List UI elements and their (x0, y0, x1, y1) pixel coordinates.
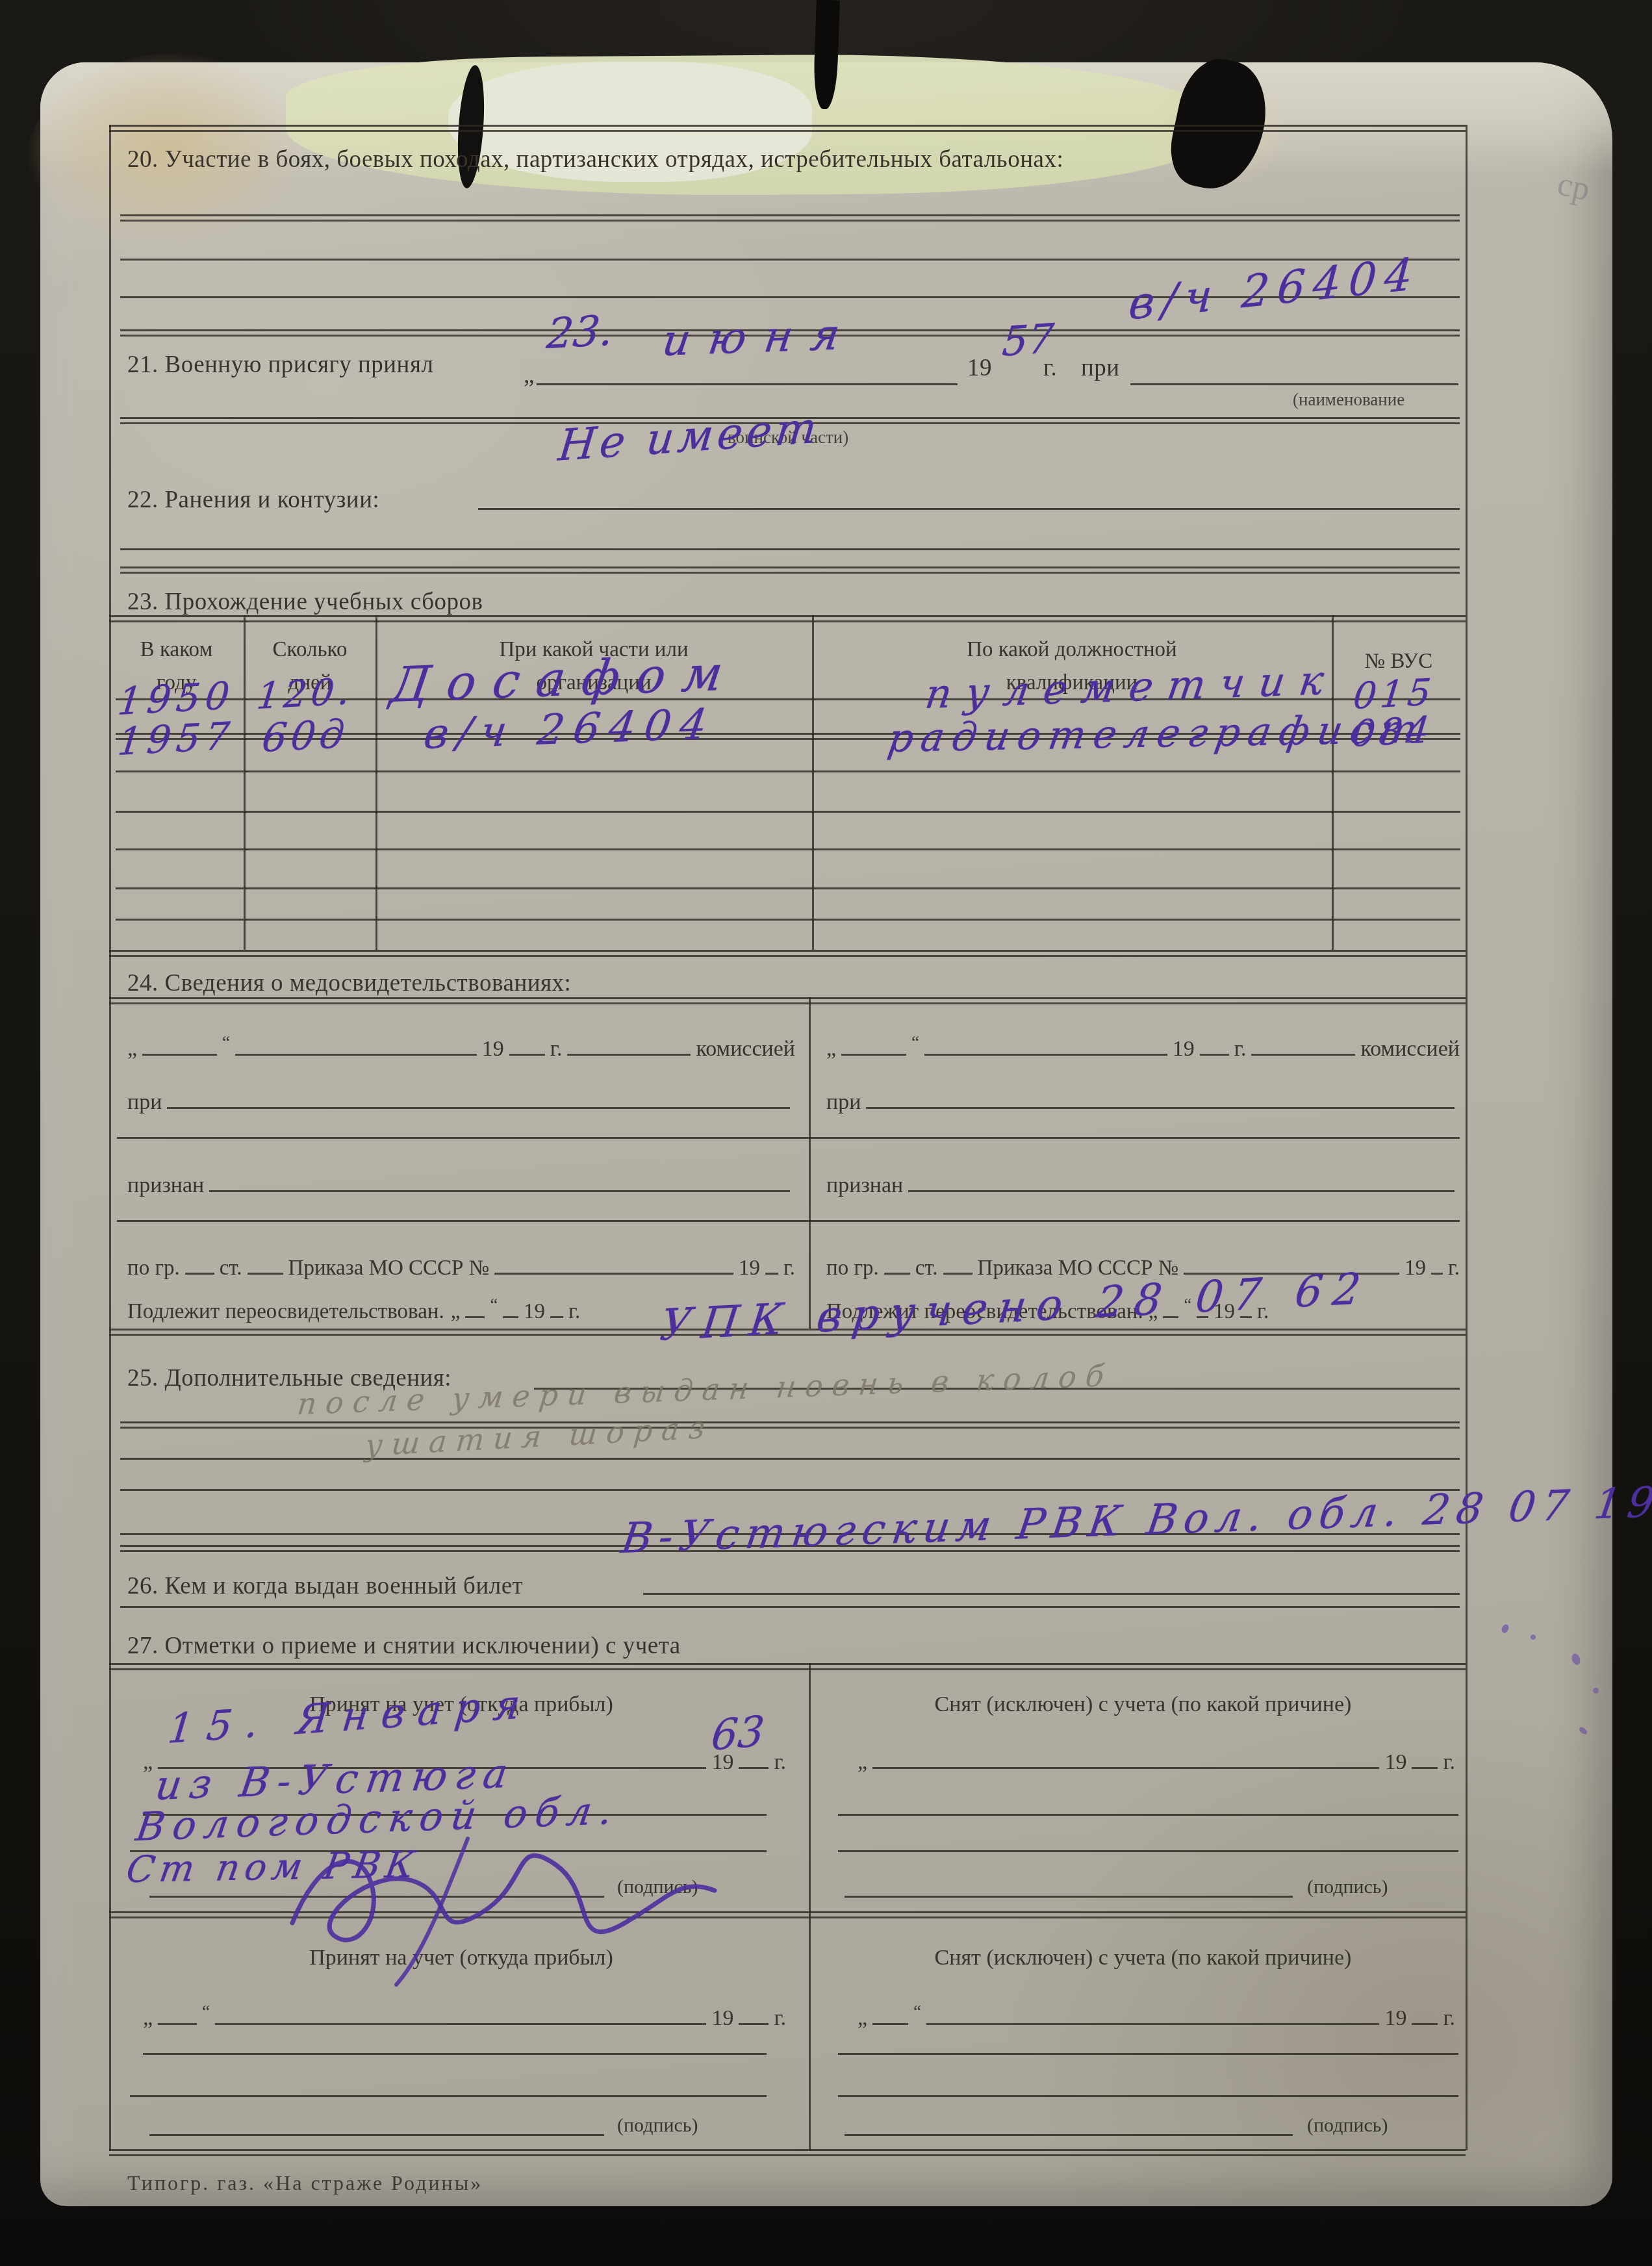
podpis-label: (подпись) (617, 2115, 698, 2137)
blank-line (120, 214, 1460, 216)
section21-label: 21. Военную присягу принял (127, 351, 433, 379)
pogr-label: по гр. (826, 1256, 879, 1280)
blank-line (120, 548, 1460, 550)
section20-label: 20. Участие в боях, боевых походах, парт… (127, 146, 1063, 173)
fill-line (1412, 2002, 1438, 2025)
fill-line (1412, 1746, 1438, 1769)
table-row-line (116, 770, 1460, 772)
fill-line (509, 1033, 545, 1056)
hw-accept-year: 63 (709, 1707, 767, 1761)
priznan-label: признан (826, 1173, 903, 1198)
blank-line (143, 2053, 767, 2055)
med-date-row-right: „“19г.комиссией (826, 1033, 1460, 1062)
table-bottom-rule (109, 950, 1466, 952)
fill-line (503, 1296, 518, 1318)
fill-line (841, 1033, 906, 1056)
med-priznan-row-right: признан (826, 1169, 1460, 1198)
hw-oath-month: июня (659, 309, 861, 366)
scanned-photo: ср 20. Участие в боях, боевых походах, п… (0, 0, 1652, 2266)
remove-header-1: Снят (исключен) с учета (по какой причин… (826, 1692, 1460, 1717)
blank-line (838, 1850, 1458, 1852)
remove-header-2: Снят (исключен) с учета (по какой причин… (826, 1946, 1460, 1970)
blank-line (838, 2053, 1458, 2055)
year-suffix: г. (1443, 2006, 1455, 2031)
med-prikaz-row-left: по гр.ст.Приказа МО СССР №19г. (127, 1253, 795, 1280)
pri-label: при (127, 1090, 162, 1115)
fill-line (866, 1086, 1455, 1109)
year-suffix: г. (1443, 1750, 1455, 1775)
komissiey-label: комиссией (696, 1037, 795, 1062)
section24-top-rule (109, 997, 1466, 999)
section27-top-rule (109, 1663, 1466, 1665)
quote-close: “ (222, 1032, 230, 1052)
hw-cell-days: 120. (255, 670, 355, 718)
frame-left-rule (109, 125, 111, 2150)
frame-bottom-rule (109, 2149, 1466, 2151)
rule (120, 1606, 1460, 1608)
fill-line (943, 1253, 972, 1275)
podpis-line (845, 1896, 1293, 1898)
fill-line (550, 1296, 563, 1318)
fill-line (537, 383, 958, 385)
fill-line (643, 1593, 1460, 1595)
blank-line (120, 1489, 1460, 1491)
fill-line (884, 1253, 910, 1275)
year-suffix: г. (550, 1037, 563, 1062)
fill-line (478, 508, 1460, 510)
fill-line (1431, 1253, 1443, 1275)
med-pri-row-right: при (826, 1086, 1460, 1115)
hw-cell-days: 60д (260, 711, 351, 761)
section27-center-divider (809, 1663, 811, 2150)
section24-center-divider (809, 997, 811, 1329)
quote-open: „ (858, 1750, 867, 1775)
frame-right-rule (1466, 125, 1468, 2150)
blank-line (120, 1421, 1460, 1423)
year-prefix: 19 (1404, 1256, 1426, 1280)
podpis-line (845, 2134, 1293, 2136)
year-prefix: 19 (967, 354, 992, 382)
fill-line (235, 1033, 477, 1056)
pogr-label: по гр. (127, 1256, 180, 1280)
table-row-line (116, 848, 1460, 850)
st-label: ст. (220, 1256, 242, 1280)
th-year-line1: В каком (110, 633, 242, 667)
year-suffix: г. (783, 1256, 795, 1280)
quote-close: “ (202, 2002, 210, 2022)
rule (117, 1220, 1460, 1222)
hw-cell-vus: 084 (1350, 709, 1436, 756)
quote-close: “ (913, 2002, 921, 2022)
th-vus: № ВУС (1333, 650, 1464, 674)
table-top-rule (109, 615, 1466, 617)
fill-line (248, 1253, 283, 1275)
table-row-line (116, 811, 1460, 813)
year-prefix: 19 (482, 1037, 504, 1062)
section22-label: 22. Ранения и контузии: (127, 486, 379, 514)
quote-close: “ (490, 1295, 498, 1315)
podpis-label: (подпись) (1307, 2115, 1388, 2137)
open-quote: „ (524, 361, 535, 389)
fill-line (765, 1253, 778, 1275)
frame-top-rule (109, 125, 1466, 127)
hw-cell-qual: радиотелеграфист (885, 706, 1429, 761)
podlezhit-label: Подлежит переосвидетельствован. (127, 1300, 444, 1324)
fill-line (465, 1296, 485, 1318)
fill-line (215, 2002, 706, 2025)
hw-cell-year: 1957 (116, 713, 237, 764)
quote-open: „ (143, 1750, 153, 1775)
fill-line (494, 1253, 733, 1275)
fill-line (872, 2002, 908, 2025)
quote-close: “ (911, 1032, 919, 1052)
print-shop-footer: Типогр. газ. «На страже Родины» (127, 2171, 483, 2195)
quote-open: „ (826, 1037, 836, 1062)
year-prefix: 19 (739, 1256, 760, 1280)
section27-label: 27. Отметки о приеме и снятии исключении… (127, 1632, 681, 1660)
podpis-label: (подпись) (1307, 1876, 1388, 1898)
year-suffix: г. (774, 2006, 786, 2031)
pri-label: при (1081, 354, 1120, 382)
fill-line (567, 1033, 691, 1056)
med-priznan-row-left: признан (127, 1169, 795, 1198)
fill-line (185, 1253, 214, 1275)
year-suffix: г. (1234, 1037, 1247, 1062)
year-suffix: г. (774, 1750, 786, 1775)
fill-line (1200, 1033, 1229, 1056)
section23-label: 23. Прохождение учебных сборов (127, 588, 483, 616)
priznan-label: признан (127, 1173, 204, 1198)
fill-line (142, 1033, 217, 1056)
fill-line (872, 1746, 1379, 1769)
fill-line (167, 1086, 790, 1109)
signature (273, 1800, 728, 1988)
hw-oath-day: 23. (544, 307, 615, 359)
komissiey-label: комиссией (1360, 1037, 1460, 1062)
section26-label: 26. Кем и когда выдан военный билет (127, 1572, 523, 1600)
th-vus-line1: № ВУС (1333, 650, 1464, 674)
fill-line (908, 1169, 1455, 1192)
year-prefix: 19 (1384, 2006, 1406, 2031)
remove-date-row-1: „19г. (858, 1746, 1455, 1775)
year-suffix: г. (568, 1300, 580, 1324)
accept-date-row-2: „“19г. (143, 2002, 786, 2031)
table-row-line (116, 919, 1460, 921)
med-date-row-left: „“19г.комиссией (127, 1033, 795, 1062)
st-label: ст. (915, 1256, 938, 1280)
fill-line (926, 2002, 1379, 2025)
year-prefix: 19 (1384, 1750, 1406, 1775)
fill-line (209, 1169, 790, 1192)
blank-line (130, 2095, 767, 2097)
med-pri-row-left: при (127, 1086, 795, 1115)
fill-line (924, 1033, 1167, 1056)
table-row-line (116, 887, 1460, 889)
prikaz-label: Приказа МО СССР № (288, 1256, 490, 1280)
section24-label: 24. Сведения о медосвидетельствованиях: (127, 969, 571, 997)
blank-line (120, 259, 1460, 261)
year-prefix: 19 (524, 1300, 545, 1324)
quote-open: „ (858, 2006, 867, 2031)
fill-line (739, 2002, 769, 2025)
ink-speck (1531, 1635, 1536, 1640)
th-days-line1: Сколько (246, 633, 374, 667)
quote-open: „ (143, 2006, 153, 2031)
year-suffix: г. (1448, 1256, 1460, 1280)
ink-speck (1593, 1688, 1599, 1694)
quote-open: „ (451, 1300, 461, 1324)
year-prefix: 19 (711, 2006, 733, 2031)
blank-line (120, 566, 1460, 568)
podpis-line (149, 2134, 604, 2136)
fill-line (1130, 383, 1458, 385)
year-prefix: 19 (1173, 1037, 1195, 1062)
pri-label: при (826, 1090, 861, 1115)
fill-line (158, 2002, 197, 2025)
rule (117, 1137, 1460, 1139)
fill-line (1251, 1033, 1355, 1056)
blank-line (120, 1458, 1460, 1460)
quote-open: „ (127, 1037, 137, 1062)
blank-line (838, 2095, 1458, 2097)
remove-date-row-2: „“19г. (858, 2002, 1455, 2031)
blank-line (838, 1814, 1458, 1816)
hint-naimenovanie: (наименование (1293, 390, 1404, 410)
hw-oath-year: 57 (1000, 314, 1056, 366)
